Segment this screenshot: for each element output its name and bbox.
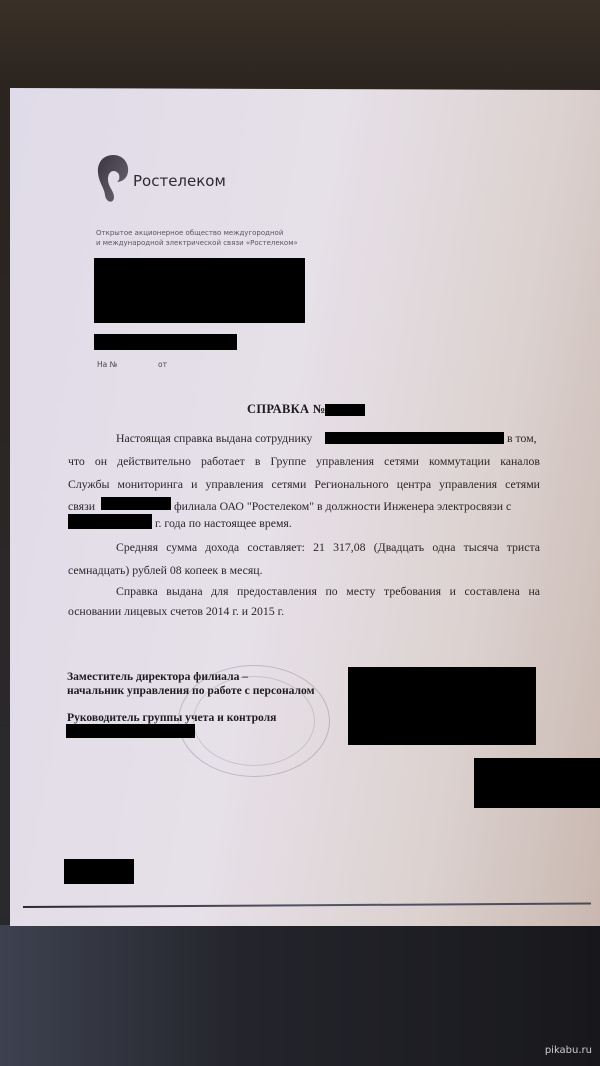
paragraph2-line1: Средняя сумма дохода составляет: 21 317,… [116,540,540,555]
redacted-start-date [68,514,152,529]
paragraph1-line2: что он действительно работает в Группе у… [68,454,540,469]
paragraph1-line3: Службы мониторинга и управления сетями Р… [68,477,540,492]
desk-surface [0,925,600,1066]
watermark: pikabu.ru [545,1045,592,1056]
deputy-director-title-line1: Заместитель директора филиала – [67,670,248,683]
rostelecom-logo-icon [96,153,130,205]
company-name: Ростелеком [133,172,226,190]
reference-number-label: На № [97,360,117,369]
redacted-signature-name [474,758,600,808]
redacted-group-head-name [66,724,195,738]
paragraph1-line4-start: связи [68,499,95,514]
redacted-document-number [325,404,365,416]
redacted-recipient-name [94,334,237,350]
reference-date-label: от [158,360,167,369]
group-head-title: Руководитель группы учета и контроля [67,711,276,724]
paragraph1-line1-start: Настоящая справка выдана сотруднику [116,431,312,446]
paragraph1-line5-end: г. года по настоящее время. [155,516,292,531]
paragraph1-line4-end: филиала ОАО "Ростелеком" в должности Инж… [174,499,511,514]
paragraph3-line1: Справка выдана для предоставления по мес… [116,584,540,599]
deputy-director-title-line2: начальник управления по работе с персона… [67,684,315,697]
paragraph1-line1-end: в том, [507,431,537,446]
redacted-region-name [101,497,171,510]
document-title: СПРАВКА № [247,402,326,417]
paragraph2-line2: семнадцать) рублей 08 копеек в месяц. [68,563,263,578]
redacted-footer-note [64,859,134,884]
redacted-signature-block [348,667,536,745]
paragraph3-line2: основании лицевых счетов 2014 г. и 2015 … [68,604,284,619]
org-line-1: Открытое акционерное общество междугород… [96,229,283,237]
redacted-employee-name [325,432,504,444]
org-line-2: и международной электрической связи «Рос… [96,239,298,247]
redacted-recipient-address [94,258,305,323]
